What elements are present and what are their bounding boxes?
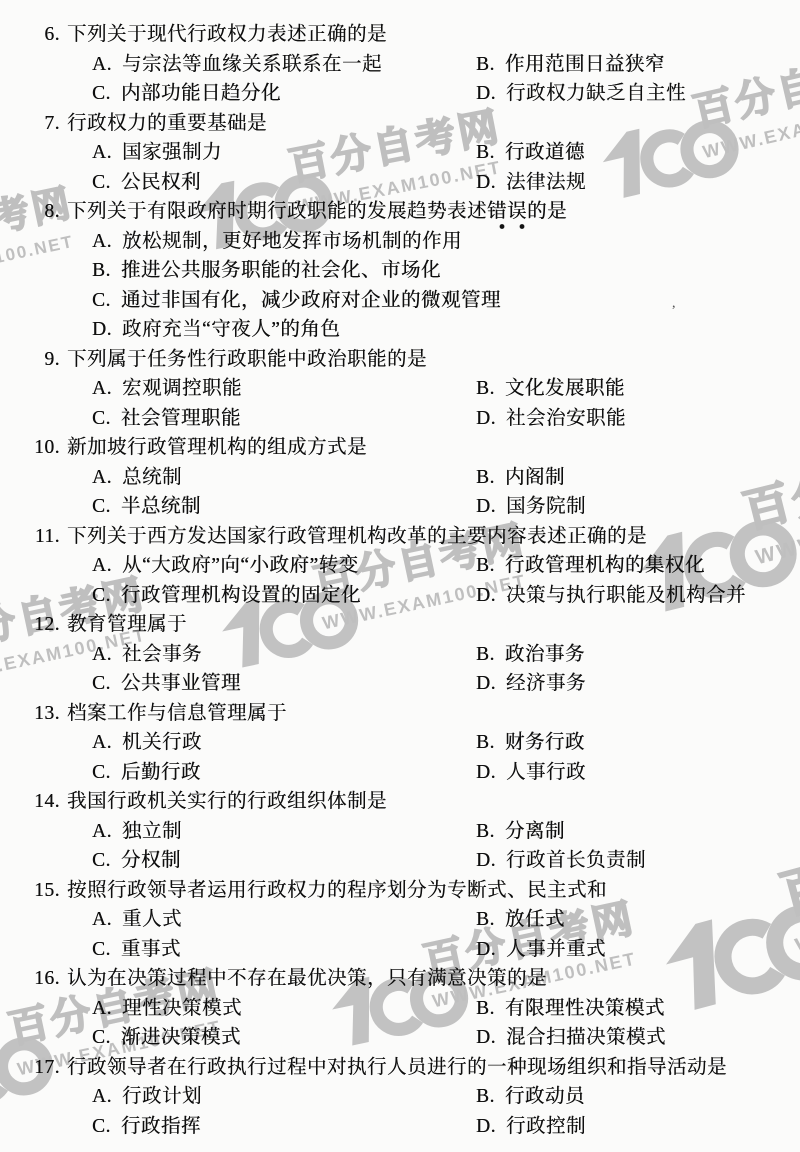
option-letter: B. <box>92 260 111 281</box>
option-text: 社会事务 <box>122 644 202 665</box>
option-text: 行政首长负责制 <box>506 850 646 871</box>
option: D.国务院制 <box>476 492 792 522</box>
option: B.财务行政 <box>476 728 792 758</box>
option: B.行政动员 <box>476 1082 792 1112</box>
exam-paper-page: 百分自考网 WWW.EXAM100.NET 百分自考网 WWW.EXAM100.… <box>0 0 800 1152</box>
option-text: 重事式 <box>121 939 181 960</box>
option: C.半总统制 <box>92 492 476 522</box>
question-number: 14. <box>24 787 60 817</box>
option-text: 从“大政府”向“小政府”转变 <box>122 555 359 576</box>
option-row: A.与宗法等血缘关系联系在一起B.作用范围日益狭窄 <box>24 50 792 80</box>
question-stem: 下列属于任务性行政职能中政治职能的是 <box>67 345 427 375</box>
question-stem: 档案工作与信息管理属于 <box>67 699 287 729</box>
option-text: 内部功能日趋分化 <box>121 83 281 104</box>
question-stem-row: 14.我国行政机关实行的行政组织体制是 <box>24 787 792 817</box>
option-letter: C. <box>92 1027 111 1048</box>
option-letter: D. <box>476 83 496 104</box>
option-letter: D. <box>476 1027 496 1048</box>
option-letter: C. <box>92 762 111 783</box>
question-stem-row: 6.下列关于现代行政权力表述正确的是 <box>24 20 792 50</box>
option: A.独立制 <box>92 817 476 847</box>
question-stem-row: 15.按照行政领导者运用行政权力的程序划分为专断式、民主式和 <box>24 876 792 906</box>
option-letter: B. <box>476 1086 495 1107</box>
option-row: D.政府充当“守夜人”的角色 <box>24 315 792 345</box>
option: C.行政指挥 <box>92 1112 476 1142</box>
option: B.推进公共服务职能的社会化、市场化 <box>92 260 441 281</box>
option: D.社会治安职能 <box>476 404 792 434</box>
option-row: A.理性决策模式B.有限理性决策模式 <box>24 994 792 1024</box>
option-row: A.行政计划B.行政动员 <box>24 1082 792 1112</box>
option: A.行政计划 <box>92 1082 476 1112</box>
option: C.重事式 <box>92 935 476 965</box>
stem-emphasized-text: 错误 <box>487 201 527 230</box>
option-text: 行政管理机构的集权化 <box>505 555 705 576</box>
question-number: 15. <box>24 876 60 906</box>
option: D.政府充当“守夜人”的角色 <box>92 319 340 340</box>
question: 10.新加坡行政管理机构的组成方式是A.总统制B.内阁制C.半总统制D.国务院制 <box>24 433 792 522</box>
stem-text: 下列关于有限政府时期行政职能的发展趋势表述 <box>67 201 487 222</box>
option-letter: B. <box>476 644 495 665</box>
option-row: A.从“大政府”向“小政府”转变B.行政管理机构的集权化 <box>24 551 792 581</box>
question-stem: 新加坡行政管理机构的组成方式是 <box>67 433 367 463</box>
option-letter: C. <box>92 496 111 517</box>
option-row: C.重事式D.人事并重式 <box>24 935 792 965</box>
question-stem-row: 10.新加坡行政管理机构的组成方式是 <box>24 433 792 463</box>
option-row: A.社会事务B.政治事务 <box>24 640 792 670</box>
option: D.人事行政 <box>476 758 792 788</box>
option-letter: D. <box>476 408 496 429</box>
option-letter: C. <box>92 585 111 606</box>
question-stem-row: 12.教育管理属于 <box>24 610 792 640</box>
option-letter: B. <box>476 732 495 753</box>
option: A.社会事务 <box>92 640 476 670</box>
option-letter: C. <box>92 673 111 694</box>
question-stem: 我国行政机关实行的行政组织体制是 <box>67 787 387 817</box>
question-stem: 认为在决策过程中不存在最优决策，只有满意决策的是 <box>67 964 547 994</box>
option: B.行政道德 <box>476 138 792 168</box>
question: 12.教育管理属于A.社会事务B.政治事务C.公共事业管理D.经济事务 <box>24 610 792 699</box>
option-text: 分权制 <box>121 850 181 871</box>
option-letter: A. <box>92 555 112 576</box>
option: A.总统制 <box>92 463 476 493</box>
option-text: 行政动员 <box>505 1086 585 1107</box>
option-text: 公民权利 <box>121 172 201 193</box>
option-row: C.行政指挥D.行政控制 <box>24 1112 792 1142</box>
option-row: C.渐进决策模式D.混合扫描决策模式 <box>24 1023 792 1053</box>
option: C.行政管理机构设置的固定化 <box>92 581 476 611</box>
question-number: 8. <box>24 197 60 227</box>
option-letter: A. <box>92 998 112 1019</box>
option-text: 重人式 <box>122 909 182 930</box>
option: D.经济事务 <box>476 669 792 699</box>
option-text: 社会管理职能 <box>121 408 241 429</box>
option-letter: B. <box>476 142 495 163</box>
option-row: A.宏观调控职能B.文化发展职能 <box>24 374 792 404</box>
option: C.通过非国有化，减少政府对企业的微观管理 <box>92 290 501 311</box>
option: C.公民权利 <box>92 168 476 198</box>
question-number: 12. <box>24 610 60 640</box>
option-text: 行政管理机构设置的固定化 <box>121 585 361 606</box>
option-text: 人事并重式 <box>506 939 606 960</box>
question: 6.下列关于现代行政权力表述正确的是A.与宗法等血缘关系联系在一起B.作用范围日… <box>24 20 792 109</box>
option: A.宏观调控职能 <box>92 374 476 404</box>
option-letter: D. <box>92 319 112 340</box>
option-letter: B. <box>476 998 495 1019</box>
option-text: 后勤行政 <box>121 762 201 783</box>
option-letter: A. <box>92 54 112 75</box>
option-row: C.半总统制D.国务院制 <box>24 492 792 522</box>
question-stem-row: 9.下列属于任务性行政职能中政治职能的是 <box>24 345 792 375</box>
option-row: A.独立制B.分离制 <box>24 817 792 847</box>
option-letter: B. <box>476 378 495 399</box>
option: D.法律法规 <box>476 168 792 198</box>
option-letter: C. <box>92 850 111 871</box>
question-number: 17. <box>24 1053 60 1083</box>
option: D.行政首长负责制 <box>476 846 792 876</box>
option-text: 行政指挥 <box>121 1116 201 1137</box>
option-row: A.放松规制，更好地发挥市场机制的作用 <box>24 227 792 257</box>
question-number: 13. <box>24 699 60 729</box>
question-stem-row: 13.档案工作与信息管理属于 <box>24 699 792 729</box>
option-letter: C. <box>92 290 111 311</box>
question-stem: 下列关于现代行政权力表述正确的是 <box>67 20 387 50</box>
option-text: 放松规制，更好地发挥市场机制的作用 <box>122 231 462 252</box>
option: A.与宗法等血缘关系联系在一起 <box>92 50 476 80</box>
option-row: A.总统制B.内阁制 <box>24 463 792 493</box>
option-text: 决策与执行职能及机构合并 <box>506 585 746 606</box>
option-text: 公共事业管理 <box>121 673 241 694</box>
option-row: A.重人式B.放任式 <box>24 905 792 935</box>
option-text: 理性决策模式 <box>122 998 242 1019</box>
option-letter: D. <box>476 762 496 783</box>
option-letter: C. <box>92 172 111 193</box>
option-text: 文化发展职能 <box>505 378 625 399</box>
option-text: 独立制 <box>122 821 182 842</box>
option-letter: A. <box>92 821 112 842</box>
option-text: 人事行政 <box>506 762 586 783</box>
option: C.内部功能日趋分化 <box>92 79 476 109</box>
option-text: 通过非国有化，减少政府对企业的微观管理 <box>121 290 501 311</box>
option: A.理性决策模式 <box>92 994 476 1024</box>
option-letter: A. <box>92 231 112 252</box>
option-row: C.公共事业管理D.经济事务 <box>24 669 792 699</box>
option-row: B.推进公共服务职能的社会化、市场化 <box>24 256 792 286</box>
option-text: 机关行政 <box>122 732 202 753</box>
option-letter: A. <box>92 142 112 163</box>
option: A.放松规制，更好地发挥市场机制的作用 <box>92 231 462 252</box>
option-text: 国务院制 <box>506 496 586 517</box>
option-letter: A. <box>92 732 112 753</box>
option-row: A.机关行政B.财务行政 <box>24 728 792 758</box>
stem-text: 的是 <box>527 201 567 222</box>
question-stem: 下列关于西方发达国家行政管理机构改革的主要内容表述正确的是 <box>67 522 647 552</box>
option-letter: B. <box>476 821 495 842</box>
question-number: 7. <box>24 109 60 139</box>
option: A.机关行政 <box>92 728 476 758</box>
option-row: C.后勤行政D.人事行政 <box>24 758 792 788</box>
option-letter: D. <box>476 1116 496 1137</box>
option-text: 行政控制 <box>506 1116 586 1137</box>
option-letter: C. <box>92 408 111 429</box>
question-stem: 行政领导者在行政执行过程中对执行人员进行的一种现场组织和指导活动是 <box>67 1053 727 1083</box>
option: C.后勤行政 <box>92 758 476 788</box>
option: C.公共事业管理 <box>92 669 476 699</box>
option: C.社会管理职能 <box>92 404 476 434</box>
option-text: 法律法规 <box>506 172 586 193</box>
option-letter: B. <box>476 909 495 930</box>
option-text: 总统制 <box>122 467 182 488</box>
option-text: 渐进决策模式 <box>121 1027 241 1048</box>
option-letter: D. <box>476 172 496 193</box>
question: 17.行政领导者在行政执行过程中对执行人员进行的一种现场组织和指导活动是A.行政… <box>24 1053 792 1142</box>
question: 13.档案工作与信息管理属于A.机关行政B.财务行政C.后勤行政D.人事行政 <box>24 699 792 788</box>
option-text: 作用范围日益狭窄 <box>505 54 665 75</box>
option-letter: D. <box>476 496 496 517</box>
option-text: 行政权力缺乏自主性 <box>506 83 686 104</box>
option: B.有限理性决策模式 <box>476 994 792 1024</box>
question-stem-row: 11.下列关于西方发达国家行政管理机构改革的主要内容表述正确的是 <box>24 522 792 552</box>
option: B.分离制 <box>476 817 792 847</box>
question-stem-row: 8.下列关于有限政府时期行政职能的发展趋势表述错误的是 <box>24 197 792 227</box>
option-text: 国家强制力 <box>122 142 222 163</box>
option-letter: C. <box>92 1116 111 1137</box>
option-letter: D. <box>476 673 496 694</box>
option-text: 政治事务 <box>505 644 585 665</box>
option: A.重人式 <box>92 905 476 935</box>
question-stem: 教育管理属于 <box>67 610 187 640</box>
question-number: 11. <box>24 522 60 552</box>
question: 11.下列关于西方发达国家行政管理机构改革的主要内容表述正确的是A.从“大政府”… <box>24 522 792 611</box>
option: D.行政控制 <box>476 1112 792 1142</box>
question: 15.按照行政领导者运用行政权力的程序划分为专断式、民主式和A.重人式B.放任式… <box>24 876 792 965</box>
question-stem: 按照行政领导者运用行政权力的程序划分为专断式、民主式和 <box>67 876 607 906</box>
option-text: 混合扫描决策模式 <box>506 1027 666 1048</box>
option-letter: A. <box>92 909 112 930</box>
option: A.国家强制力 <box>92 138 476 168</box>
question: 9.下列属于任务性行政职能中政治职能的是A.宏观调控职能B.文化发展职能C.社会… <box>24 345 792 434</box>
option-row: C.社会管理职能D.社会治安职能 <box>24 404 792 434</box>
question-number: 6. <box>24 20 60 50</box>
option: D.混合扫描决策模式 <box>476 1023 792 1053</box>
option-letter: C. <box>92 939 111 960</box>
question: 16.认为在决策过程中不存在最优决策，只有满意决策的是A.理性决策模式B.有限理… <box>24 964 792 1053</box>
question: 8.下列关于有限政府时期行政职能的发展趋势表述错误的是A.放松规制，更好地发挥市… <box>24 197 792 345</box>
option: B.放任式 <box>476 905 792 935</box>
question: 14.我国行政机关实行的行政组织体制是A.独立制B.分离制C.分权制D.行政首长… <box>24 787 792 876</box>
option-text: 推进公共服务职能的社会化、市场化 <box>121 260 441 281</box>
option-text: 行政道德 <box>505 142 585 163</box>
option-letter: A. <box>92 378 112 399</box>
option: D.决策与执行职能及机构合并 <box>476 581 792 611</box>
option-letter: C. <box>92 83 111 104</box>
option-text: 半总统制 <box>121 496 201 517</box>
option-letter: D. <box>476 939 496 960</box>
option: C.分权制 <box>92 846 476 876</box>
question-stem: 行政权力的重要基础是 <box>67 109 267 139</box>
question-list: 6.下列关于现代行政权力表述正确的是A.与宗法等血缘关系联系在一起B.作用范围日… <box>0 0 800 1141</box>
option-letter: B. <box>476 467 495 488</box>
question: 7.行政权力的重要基础是A.国家强制力B.行政道德C.公民权利D.法律法规 <box>24 109 792 198</box>
question-number: 10. <box>24 433 60 463</box>
option-letter: D. <box>476 585 496 606</box>
option-letter: D. <box>476 850 496 871</box>
option-text: 放任式 <box>505 909 565 930</box>
option-row: C.公民权利D.法律法规 <box>24 168 792 198</box>
question-stem-row: 7.行政权力的重要基础是 <box>24 109 792 139</box>
option-text: 有限理性决策模式 <box>505 998 665 1019</box>
question-number: 16. <box>24 964 60 994</box>
option-text: 行政计划 <box>122 1086 202 1107</box>
option-letter: B. <box>476 54 495 75</box>
option-row: C.行政管理机构设置的固定化D.决策与执行职能及机构合并 <box>24 581 792 611</box>
option-row: C.通过非国有化，减少政府对企业的微观管理 <box>24 286 792 316</box>
option: D.行政权力缺乏自主性 <box>476 79 792 109</box>
option: B.政治事务 <box>476 640 792 670</box>
option-text: 社会治安职能 <box>506 408 626 429</box>
option-text: 宏观调控职能 <box>122 378 242 399</box>
option-text: 内阁制 <box>505 467 565 488</box>
option-letter: B. <box>476 555 495 576</box>
option-text: 经济事务 <box>506 673 586 694</box>
question-stem: 下列关于有限政府时期行政职能的发展趋势表述错误的是 <box>67 197 567 227</box>
option-letter: A. <box>92 467 112 488</box>
option: B.文化发展职能 <box>476 374 792 404</box>
option: D.人事并重式 <box>476 935 792 965</box>
question-stem-row: 17.行政领导者在行政执行过程中对执行人员进行的一种现场组织和指导活动是 <box>24 1053 792 1083</box>
option-row: C.分权制D.行政首长负责制 <box>24 846 792 876</box>
option-letter: A. <box>92 1086 112 1107</box>
option-letter: A. <box>92 644 112 665</box>
question-number: 9. <box>24 345 60 375</box>
option: B.行政管理机构的集权化 <box>476 551 792 581</box>
option-row: C.内部功能日趋分化D.行政权力缺乏自主性 <box>24 79 792 109</box>
option-text: 分离制 <box>505 821 565 842</box>
option: C.渐进决策模式 <box>92 1023 476 1053</box>
option: B.作用范围日益狭窄 <box>476 50 792 80</box>
question-stem-row: 16.认为在决策过程中不存在最优决策，只有满意决策的是 <box>24 964 792 994</box>
option-text: 财务行政 <box>505 732 585 753</box>
option: B.内阁制 <box>476 463 792 493</box>
option-row: A.国家强制力B.行政道德 <box>24 138 792 168</box>
option-text: 政府充当“守夜人”的角色 <box>122 319 340 340</box>
option-text: 与宗法等血缘关系联系在一起 <box>122 54 382 75</box>
option: A.从“大政府”向“小政府”转变 <box>92 551 476 581</box>
